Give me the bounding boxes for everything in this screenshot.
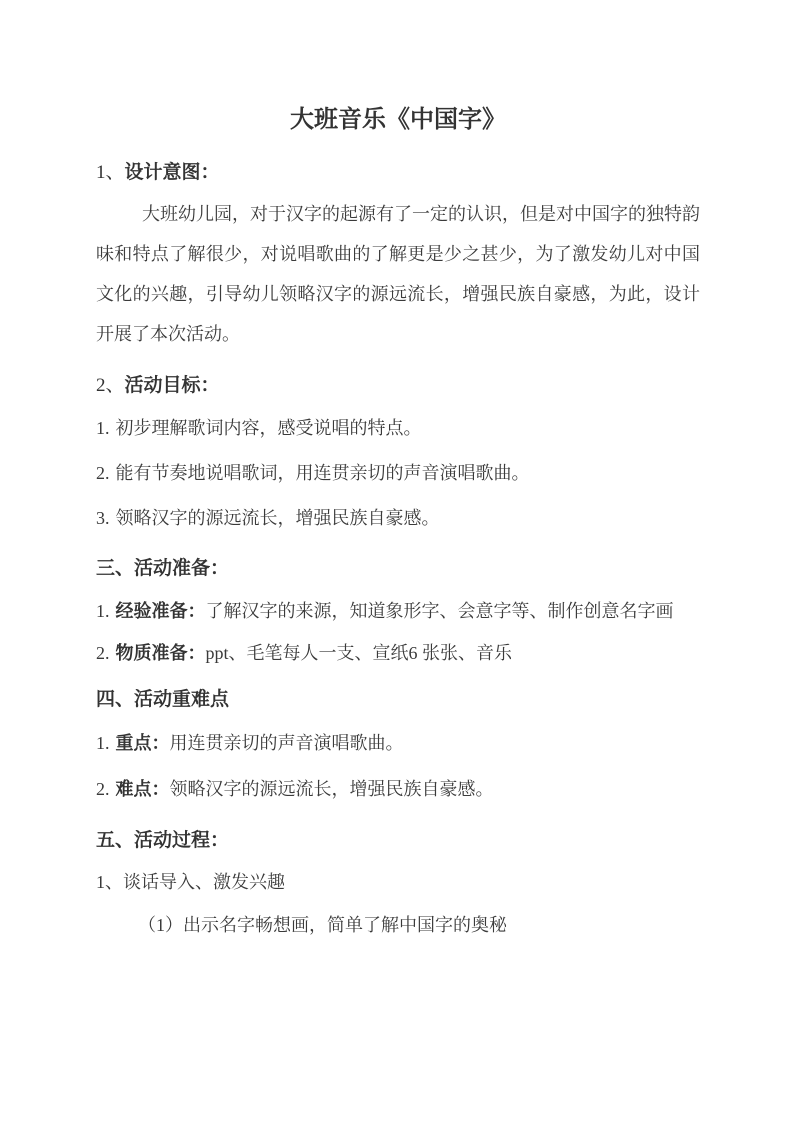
item-text: 用连贯亲切的声音演唱歌曲。 — [170, 733, 404, 753]
section-number: 三、 — [96, 558, 134, 579]
section-heading-goals: 2、活动目标： — [96, 373, 700, 399]
list-item-key-point: 1.重点：用连贯亲切的声音演唱歌曲。 — [96, 731, 700, 756]
item-text: 初步理解歌词内容，感受说唱的特点。 — [116, 418, 422, 438]
list-item-material-prep: 2.物质准备：ppt、毛笔每人一支、宣纸6 张张、音乐 — [96, 641, 700, 666]
item-text: 领略汉字的源远流长，增强民族自豪感。 — [170, 779, 494, 799]
item-number: 1. — [96, 733, 110, 753]
section-title: 活动重难点 — [134, 689, 229, 710]
item-text: 了解汉字的来源，知道象形字、会意字等、制作创意名字画 — [206, 601, 674, 621]
section-heading-key-points: 四、活动重难点 — [96, 687, 700, 713]
item-text: ppt、毛笔每人一支、宣纸6 张张、音乐 — [206, 643, 513, 663]
item-number: 1. — [96, 418, 110, 438]
section-number: 五、 — [96, 830, 134, 851]
section-number: 1、 — [96, 162, 125, 183]
section-heading-design-intent: 1、设计意图： — [96, 160, 700, 186]
item-label: 经验准备： — [116, 601, 206, 621]
list-item-goal-2: 2.能有节奏地说唱歌词，用连贯亲切的声音演唱歌曲。 — [96, 461, 700, 486]
list-item-process-step-1: 1、谈话导入、激发兴趣 — [96, 870, 700, 895]
item-text: 能有节奏地说唱歌词，用连贯亲切的声音演唱歌曲。 — [116, 463, 530, 483]
item-text: 领略汉字的源远流长，增强民族自豪感。 — [116, 508, 440, 528]
section-title: 活动准备： — [134, 558, 229, 579]
section-title: 设计意图： — [125, 162, 220, 183]
list-item-goal-1: 1.初步理解歌词内容，感受说唱的特点。 — [96, 416, 700, 441]
list-item-difficult-point: 2.难点：领略汉字的源远流长，增强民族自豪感。 — [96, 777, 700, 802]
item-number: 1. — [96, 601, 110, 621]
list-item-process-substep-1: （1）出示名字畅想画，简单了解中国字的奥秘 — [96, 913, 700, 938]
section-heading-process: 五、活动过程： — [96, 828, 700, 854]
item-number: 2. — [96, 463, 110, 483]
item-label: 难点： — [116, 779, 170, 799]
item-number: （1） — [138, 915, 183, 935]
item-text: 谈话导入、激发兴趣 — [123, 872, 285, 892]
item-number: 1、 — [96, 872, 123, 892]
section-heading-preparation: 三、活动准备： — [96, 556, 700, 582]
section-number: 四、 — [96, 689, 134, 710]
list-item-goal-3: 3.领略汉字的源远流长，增强民族自豪感。 — [96, 506, 700, 531]
design-intent-paragraph: 大班幼儿园，对于汉字的起源有了一定的认识，但是对中国字的独特韵味和特点了解很少，… — [96, 194, 700, 354]
section-title: 活动目标： — [125, 375, 220, 396]
section-title: 活动过程： — [134, 830, 229, 851]
section-number: 2、 — [96, 375, 125, 396]
item-label: 重点： — [116, 733, 170, 753]
item-number: 3. — [96, 508, 110, 528]
item-number: 2. — [96, 643, 110, 663]
document-page: 大班音乐《中国字》 1、设计意图： 大班幼儿园，对于汉字的起源有了一定的认识，但… — [0, 0, 794, 1123]
list-item-experience-prep: 1.经验准备：了解汉字的来源，知道象形字、会意字等、制作创意名字画 — [96, 599, 700, 624]
item-label: 物质准备： — [116, 643, 206, 663]
item-number: 2. — [96, 779, 110, 799]
item-text: 出示名字畅想画，简单了解中国字的奥秘 — [183, 915, 507, 935]
page-title: 大班音乐《中国字》 — [96, 102, 700, 138]
